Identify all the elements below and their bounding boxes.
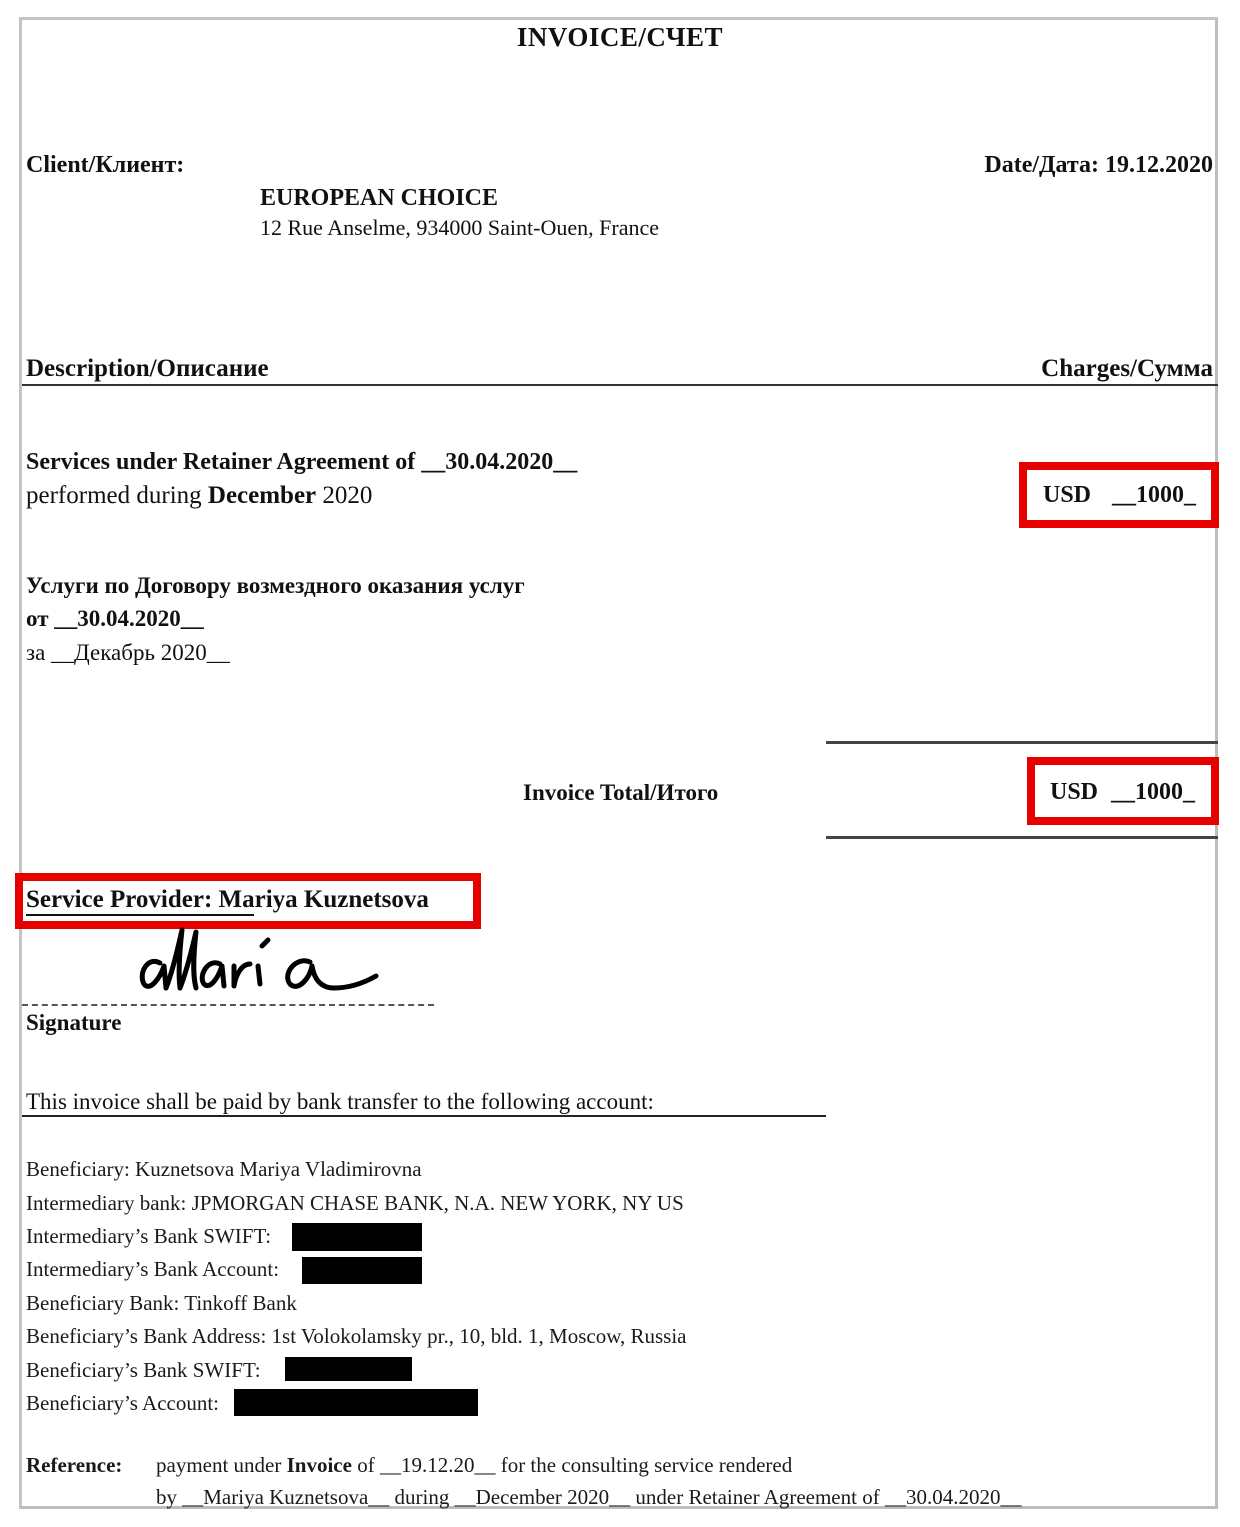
line-item-en-2: performed during December 2020 bbox=[26, 482, 372, 510]
line-item-month: December bbox=[208, 482, 316, 509]
header-divider bbox=[22, 384, 1218, 386]
service-provider-underline bbox=[26, 914, 254, 916]
reference-invoice-word: Invoice bbox=[287, 1453, 352, 1477]
total-currency: USD bbox=[1050, 779, 1098, 806]
line-item-ru-1: Услуги по Договору возмездного оказания … bbox=[26, 573, 525, 599]
invoice-date: Date/Дата: 19.12.2020 bbox=[984, 152, 1213, 179]
signature-label: Signature bbox=[26, 1010, 121, 1036]
total-top-rule bbox=[826, 741, 1218, 744]
beneficiary-account: Beneficiary’s Account: bbox=[26, 1391, 219, 1416]
beneficiary-name: Beneficiary: Kuznetsova Mariya Vladimiro… bbox=[26, 1157, 422, 1182]
payment-intro-underline bbox=[22, 1115, 826, 1117]
reference-line-1-suffix: of __19.12.20__ for the consulting servi… bbox=[352, 1453, 792, 1477]
line-item-currency: USD bbox=[1043, 482, 1091, 509]
intermediary-account: Intermediary’s Bank Account: bbox=[26, 1257, 279, 1282]
client-name: EUROPEAN CHOICE bbox=[260, 185, 498, 212]
beneficiary-bank-address: Beneficiary’s Bank Address: 1st Volokola… bbox=[26, 1324, 687, 1349]
description-header: Description/Описание bbox=[26, 355, 269, 383]
client-address: 12 Rue Anselme, 934000 Saint-Ouen, Franc… bbox=[260, 215, 659, 241]
intermediary-swift: Intermediary’s Bank SWIFT: bbox=[26, 1224, 271, 1249]
line-item-en-1: Services under Retainer Agreement of __3… bbox=[26, 449, 577, 476]
line-item-ru-2: от __30.04.2020__ bbox=[26, 606, 204, 632]
line-item-amount: __1000_ bbox=[1112, 482, 1196, 509]
intermediary-swift-redaction bbox=[292, 1223, 422, 1251]
line-item-ru-3: за __Декабрь 2020__ bbox=[26, 640, 230, 666]
beneficiary-bank: Beneficiary Bank: Tinkoff Bank bbox=[26, 1291, 297, 1316]
intermediary-account-redaction bbox=[302, 1257, 422, 1284]
charges-header: Charges/Сумма bbox=[1041, 355, 1213, 383]
total-bottom-rule bbox=[826, 836, 1218, 839]
invoice-title: INVOICE/СЧЕТ bbox=[0, 22, 1240, 53]
reference-label: Reference: bbox=[26, 1453, 122, 1478]
intermediary-bank: Intermediary bank: JPMORGAN CHASE BANK, … bbox=[26, 1191, 684, 1216]
service-provider: Service Provider: Mariya Kuznetsova bbox=[26, 886, 429, 914]
total-label: Invoice Total/Итого bbox=[523, 780, 718, 806]
reference-line-2: by __Mariya Kuznetsova__ during __Decemb… bbox=[156, 1485, 1021, 1510]
signature-line bbox=[22, 1004, 434, 1006]
beneficiary-swift: Beneficiary’s Bank SWIFT: bbox=[26, 1358, 261, 1383]
line-item-year: 2020 bbox=[316, 482, 372, 509]
beneficiary-account-redaction bbox=[234, 1389, 478, 1416]
line-item-en-2-prefix: performed during bbox=[26, 482, 208, 509]
client-label: Client/Клиент: bbox=[26, 152, 184, 179]
payment-intro: This invoice shall be paid by bank trans… bbox=[26, 1089, 654, 1115]
total-amount: __1000_ bbox=[1111, 779, 1195, 806]
beneficiary-swift-redaction bbox=[285, 1357, 412, 1381]
reference-line-1-prefix: payment under bbox=[156, 1453, 287, 1477]
signature-image bbox=[130, 918, 400, 1003]
reference-line-1: payment under Invoice of __19.12.20__ fo… bbox=[156, 1453, 792, 1478]
